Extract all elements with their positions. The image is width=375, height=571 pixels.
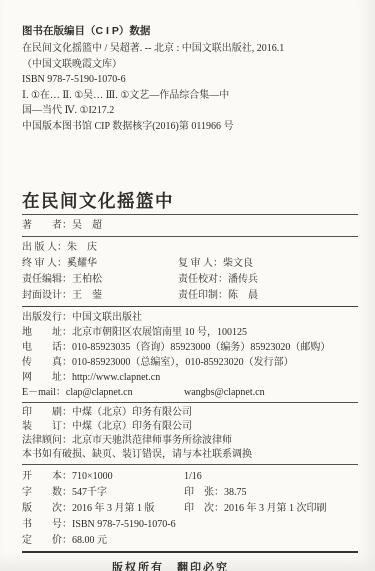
cip-line-description: 在民间文化摇篮中 / 吴超著. -- 北京 : 中国文联出版社, 2016.1 [22,41,358,57]
staff-section: 出 版 人：朱 庆 终 审 人：奚耀华 复 审 人：柴文良 责任编辑：王柏松 责… [22,237,358,306]
field-label: 复 审 人： [178,258,223,269]
field-label: 封面设计： [22,290,72,301]
sheet-count-cell: 印 张：38.75 [184,485,247,501]
field-value: 朱 庆 [67,242,97,253]
publisher-section: 出版发行：中国文联出版社 地 址：北京市朝阳区农展馆南里 10 号，100125… [22,307,358,402]
field-label: 版 次： [22,503,72,514]
field-label: 开 本： [22,471,72,482]
final-reviewer-row: 终 审 人：奚耀华 复 审 人：柴文良 [22,256,358,272]
field-value: 柴文良 [223,258,253,269]
folio-cell: 1/16 [184,469,202,485]
price-row: 定 价：68.00 元 [22,533,358,549]
field-label: 出 版 人： [22,242,67,253]
field-value: 2016 年 3 月第 1 版 [72,503,155,514]
field-label: 终 审 人： [22,258,67,269]
field-value: 潘传兵 [228,274,258,285]
field-label: 印 张： [184,487,224,498]
website-row: 网 址：http://www.clapnet.cn [22,370,358,385]
author-label: 著 者： [22,220,72,231]
cover-designer-row: 封面设计：王 蓥 责任印制：陈 晨 [22,288,358,304]
address-row: 地 址：北京市朝阳区农展馆南里 10 号，100125 [22,325,358,340]
cip-line-classification-2: 国—当代 Ⅳ. ①I217.2 [22,103,358,119]
field-value: 710×1000 [72,471,113,482]
field-label: 责任编辑： [22,274,72,285]
field-label: 网 址： [22,372,72,383]
field-label: 印 刷： [22,407,72,418]
divider [22,551,358,553]
copyright-notice: 版权所有 翻印必究 [112,559,358,571]
website-url: http://www.clapnet.cn [72,372,160,383]
field-label: E－mail： [22,387,66,398]
legal-counsel-row: 法律顾问：北京市天驰洪范律师事务所徐波律师 [22,434,358,448]
field-value: ISBN 978-7-5190-1070-6 [72,519,176,530]
field-value: 北京市朝阳区农展馆南里 10 号，100125 [72,327,247,338]
replacement-notice: 本书如有破损、缺页、装订错误，请与本社联系调换 [22,449,252,460]
second-reviewer-cell: 复 审 人：柴文良 [178,256,253,272]
cip-block: 图书在版编目（C I P）数据 在民间文化摇篮中 / 吴超著. -- 北京 : … [22,24,358,134]
field-label: 书 号： [22,519,72,530]
field-value: 王 蓥 [72,290,102,301]
format-section: 开 本：710×1000 1/16 字 数：547千字 印 张：38.75 版 … [22,465,358,551]
field-value: 010-85923035（咨询）85923000（编务）85923020（邮购） [72,342,330,353]
email-row: E－mail：clap@clapnet.cn wangbs@clapnet.cn [22,385,358,400]
email-address-2: wangbs@clapnet.cn [184,385,265,400]
word-count-row: 字 数：547千字 印 张：38.75 [22,485,358,501]
isbn-row: 书 号：ISBN 978-7-5190-1070-6 [22,517,358,533]
editor-row: 责任编辑：王柏松 责任校对：潘传兵 [22,272,358,288]
impression-cell: 印 次：2016 年 3 月第 1 次印刷 [184,501,327,517]
field-label: 出版发行： [22,312,72,323]
fax-row: 传 真：010-85923000（总编室），010-85923020（发行部） [22,355,358,370]
field-label: 法律顾问： [22,435,72,446]
field-value: 547千字 [72,487,107,498]
publisher-row: 出版发行：中国文联出版社 [22,310,358,325]
cip-line-series: （中国文联晚霞文库） [22,57,358,73]
cip-line-registry-number: 中国版本图书馆 CIP 数据核字(2016)第 011966 号 [22,119,358,135]
field-value: 中煤（北京）印务有限公司 [72,407,192,418]
field-value: 王柏松 [72,274,102,285]
field-label: 传 真： [22,357,72,368]
field-label: 字 数： [22,487,72,498]
field-value: 38.75 [224,487,247,498]
field-value: 中煤（北京）印务有限公司 [72,421,192,432]
field-label: 电 话： [22,342,72,353]
author-value: 吴 超 [72,220,102,231]
field-value: 010-85923000（总编室），010-85923020（发行部） [72,357,294,368]
replacement-notice-row: 本书如有破损、缺页、装订错误，请与本社联系调换 [22,448,358,462]
print-supervisor-cell: 责任印制：陈 晨 [178,288,258,304]
email-address-1: clap@clapnet.cn [66,387,133,398]
book-title: 在民间文化摇篮中 [22,191,358,211]
binder-row: 装 订：中煤（北京）印务有限公司 [22,420,358,434]
field-value: 奚耀华 [67,258,97,269]
field-value: 68.00 元 [72,535,107,546]
cip-line-isbn: ISBN 978-7-5190-1070-6 [22,72,358,88]
printing-section: 印 刷：中煤（北京）印务有限公司 装 订：中煤（北京）印务有限公司 法律顾问：北… [22,403,358,464]
field-value: 2016 年 3 月第 1 次印刷 [224,503,327,514]
printer-row: 印 刷：中煤（北京）印务有限公司 [22,406,358,420]
edition-row: 版 次：2016 年 3 月第 1 版 印 次：2016 年 3 月第 1 次印… [22,501,358,517]
field-label: 责任校对： [178,274,228,285]
field-label: 定 价： [22,535,72,546]
phone-row: 电 话：010-85923035（咨询）85923000（编务）85923020… [22,340,358,355]
field-label: 地 址： [22,327,72,338]
field-value: 中国文联出版社 [72,312,142,323]
field-label: 印 次： [184,503,224,514]
author-row: 著 者：吴 超 [22,215,358,236]
copyright-page: 图书在版编目（C I P）数据 在民间文化摇篮中 / 吴超著. -- 北京 : … [0,0,375,571]
field-value: 北京市天驰洪范律师事务所徐波律师 [72,435,232,446]
proofreader-cell: 责任校对：潘传兵 [178,272,258,288]
field-value: 陈 晨 [228,290,258,301]
field-label: 责任印制： [178,290,228,301]
publisher-person-row: 出 版 人：朱 庆 [22,240,358,256]
field-label: 装 订： [22,421,72,432]
cip-heading: 图书在版编目（C I P）数据 [22,24,358,38]
cip-line-classification-1: Ⅰ. ①在… Ⅱ. ①吴… Ⅲ. ①文艺—作品综合集—中 [22,88,358,104]
sheet-size-row: 开 本：710×1000 1/16 [22,469,358,485]
